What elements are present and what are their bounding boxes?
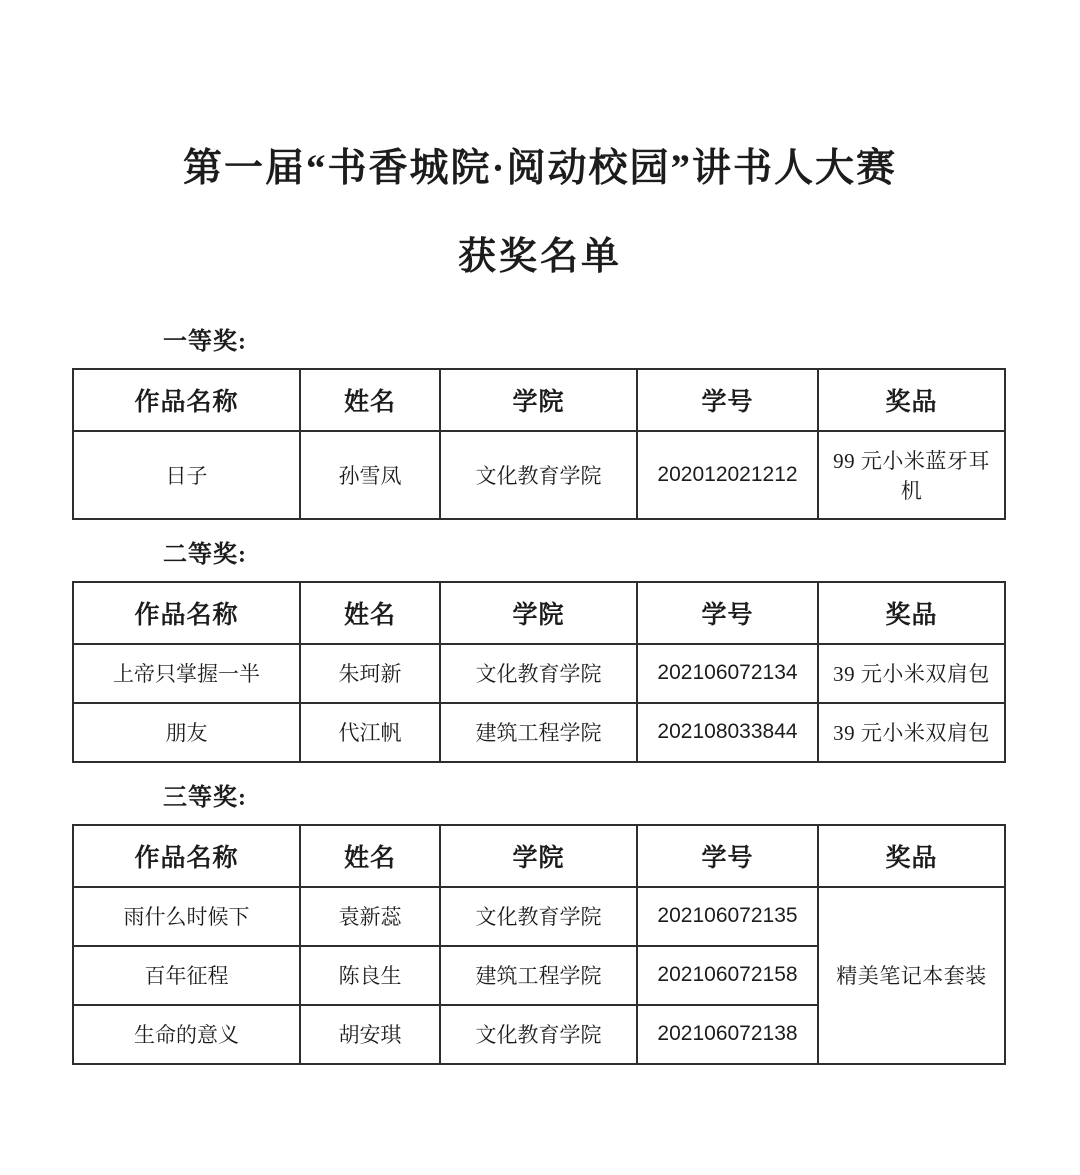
header-cell-student-id: 学号 — [637, 369, 818, 431]
header-cell-student-id: 学号 — [637, 825, 818, 887]
table-row: 日子 孙雪凤 文化教育学院 202012021212 99 元小米蓝牙耳机 — [73, 431, 1005, 519]
header-cell-prize: 奖品 — [818, 369, 1005, 431]
first-prize-table: 作品名称 姓名 学院 学号 奖品 日子 孙雪凤 文化教育学院 202012021… — [72, 368, 1006, 520]
section-label-third-prize: 三等奖: — [163, 777, 1080, 812]
header-cell-college: 学院 — [440, 825, 637, 887]
cell-student-id: 202108033844 — [637, 703, 818, 762]
second-prize-table: 作品名称 姓名 学院 学号 奖品 上帝只掌握一半 朱珂新 文化教育学院 2021… — [72, 581, 1006, 763]
cell-prize-merged: 精美笔记本套装 — [818, 887, 1005, 1064]
cell-name: 朱珂新 — [300, 644, 440, 703]
header-cell-work: 作品名称 — [73, 825, 300, 887]
cell-student-id: 202106072138 — [637, 1005, 818, 1064]
table-row: 上帝只掌握一半 朱珂新 文化教育学院 202106072134 39 元小米双肩… — [73, 644, 1005, 703]
table-header-row: 作品名称 姓名 学院 学号 奖品 — [73, 582, 1005, 644]
header-cell-student-id: 学号 — [637, 582, 818, 644]
cell-work: 日子 — [73, 431, 300, 519]
cell-work: 朋友 — [73, 703, 300, 762]
cell-work: 百年征程 — [73, 946, 300, 1005]
header-cell-college: 学院 — [440, 582, 637, 644]
cell-college: 文化教育学院 — [440, 887, 637, 946]
cell-student-id: 202106072135 — [637, 887, 818, 946]
cell-name: 代江帆 — [300, 703, 440, 762]
cell-prize: 39 元小米双肩包 — [818, 644, 1005, 703]
third-prize-table: 作品名称 姓名 学院 学号 奖品 雨什么时候下 袁新蕊 文化教育学院 20210… — [72, 824, 1006, 1065]
cell-college: 文化教育学院 — [440, 644, 637, 703]
header-cell-college: 学院 — [440, 369, 637, 431]
document-page: 第一届“书香城院·阅动校园”讲书人大赛 获奖名单 一等奖: 作品名称 姓名 学院… — [0, 0, 1080, 1175]
cell-name: 胡安琪 — [300, 1005, 440, 1064]
cell-name: 陈良生 — [300, 946, 440, 1005]
table-row: 雨什么时候下 袁新蕊 文化教育学院 202106072135 精美笔记本套装 — [73, 887, 1005, 946]
header-cell-name: 姓名 — [300, 369, 440, 431]
header-cell-prize: 奖品 — [818, 825, 1005, 887]
header-cell-name: 姓名 — [300, 825, 440, 887]
header-cell-name: 姓名 — [300, 582, 440, 644]
table-row: 朋友 代江帆 建筑工程学院 202108033844 39 元小米双肩包 — [73, 703, 1005, 762]
cell-prize: 39 元小米双肩包 — [818, 703, 1005, 762]
cell-work: 上帝只掌握一半 — [73, 644, 300, 703]
cell-work: 生命的意义 — [73, 1005, 300, 1064]
cell-name: 袁新蕊 — [300, 887, 440, 946]
document-title: 第一届“书香城院·阅动校园”讲书人大赛 — [0, 0, 1080, 193]
cell-student-id: 202012021212 — [637, 431, 818, 519]
cell-college: 文化教育学院 — [440, 431, 637, 519]
header-cell-work: 作品名称 — [73, 369, 300, 431]
cell-student-id: 202106072158 — [637, 946, 818, 1005]
header-cell-work: 作品名称 — [73, 582, 300, 644]
cell-prize: 99 元小米蓝牙耳机 — [818, 431, 1005, 519]
section-label-first-prize: 一等奖: — [163, 321, 1080, 356]
section-label-second-prize: 二等奖: — [163, 534, 1080, 569]
cell-work: 雨什么时候下 — [73, 887, 300, 946]
header-cell-prize: 奖品 — [818, 582, 1005, 644]
cell-student-id: 202106072134 — [637, 644, 818, 703]
cell-college: 建筑工程学院 — [440, 703, 637, 762]
document-subtitle: 获奖名单 — [0, 237, 1080, 279]
cell-college: 建筑工程学院 — [440, 946, 637, 1005]
table-header-row: 作品名称 姓名 学院 学号 奖品 — [73, 369, 1005, 431]
cell-college: 文化教育学院 — [440, 1005, 637, 1064]
cell-name: 孙雪凤 — [300, 431, 440, 519]
table-header-row: 作品名称 姓名 学院 学号 奖品 — [73, 825, 1005, 887]
